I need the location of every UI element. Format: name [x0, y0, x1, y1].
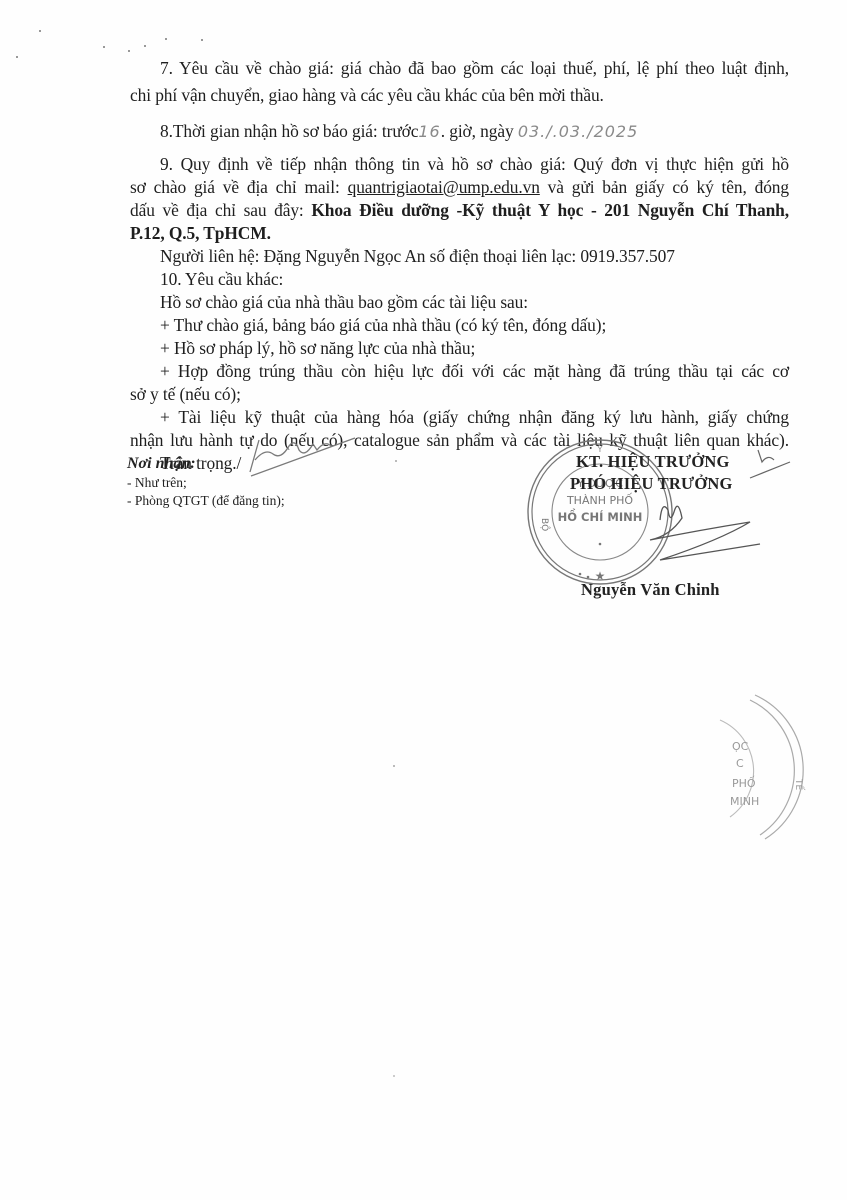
signature-icon: [640, 440, 800, 600]
partial-stamp-line: ỌC: [732, 740, 749, 753]
item7-line2: chi phí vận chuyển, giao hàng và các yêu…: [130, 84, 604, 106]
handwritten-date: 03./.03./2025: [518, 122, 638, 141]
item9-line2-suffix: và gửi bản giấy có ký tên, đóng: [540, 177, 789, 197]
partial-stamp-side-text: TẾ: [793, 778, 805, 790]
scanned-document-page: 7. Yêu cầu về chào giá: giá chào đã bao …: [0, 0, 847, 1200]
stamp-line: HỒ CHÍ MINH: [558, 507, 643, 524]
item10-bullet: + Hồ sơ pháp lý, hồ sơ năng lực của nhà …: [160, 337, 475, 359]
item8-prefix: 8.Thời gian nhận hồ sơ báo giá: trước: [160, 121, 418, 141]
email-link[interactable]: quantrigiaotai@ump.edu.vn: [348, 177, 540, 197]
address-part1: Khoa Điều dưỡng -Kỹ thuật Y học - 201 Ng…: [311, 200, 789, 220]
item8-middle: . giờ, ngày: [441, 121, 514, 141]
item9-line3-prefix: dấu về địa chỉ sau đây:: [130, 200, 311, 220]
partial-stamp-line: MINH: [730, 795, 759, 808]
item9-line3: dấu về địa chỉ sau đây: Khoa Điều dưỡng …: [130, 199, 789, 221]
scan-speck: [39, 30, 41, 32]
scan-speck: [165, 38, 167, 40]
handwritten-hour: 16: [418, 122, 440, 141]
scan-speck: [395, 460, 397, 462]
scan-speck: [144, 45, 146, 47]
contact-line: Người liên hệ: Đặng Nguyễn Ngọc An số đi…: [160, 245, 675, 267]
scan-speck: [103, 46, 105, 48]
scan-speck: [16, 56, 18, 58]
item10-bullet: + Thư chào giá, bảng báo giá của nhà thầ…: [160, 314, 606, 336]
item10-bullet: + Hợp đồng trúng thầu còn hiệu lực đối v…: [160, 360, 789, 382]
partial-stamp-line: PHỐ: [732, 776, 756, 790]
recipients-heading: Nơi nhận:: [127, 455, 196, 473]
partial-stamp-line: C: [736, 757, 744, 770]
item10-bullet-cont: sở y tế (nếu có);: [130, 383, 241, 405]
recipient-item: - Như trên;: [127, 474, 187, 491]
stamp-side-text: BỘ: [539, 518, 551, 531]
signatory-name: Nguyễn Văn Chinh: [581, 580, 720, 600]
recipient-item: - Phòng QTGT (để đăng tin);: [127, 492, 285, 509]
item8-line: 8.Thời gian nhận hồ sơ báo giá: trước16.…: [160, 120, 638, 143]
item9-line2: sơ chào giá về địa chỉ mail: quantrigiao…: [130, 176, 789, 198]
item9-line1: 9. Quy định về tiếp nhận thông tin và hồ…: [160, 153, 789, 175]
partial-stamp-icon: ỌC C PHỐ MINH TẾ: [700, 695, 847, 840]
scan-speck: [393, 765, 395, 767]
stamp-line: THÀNH PHỐ: [566, 493, 633, 507]
item10-bullet: + Tài liệu kỹ thuật của hàng hóa (giấy c…: [160, 406, 789, 428]
item9-line2-prefix: sơ chào giá về địa chỉ mail:: [130, 177, 348, 197]
item7-line1: 7. Yêu cầu về chào giá: giá chào đã bao …: [160, 57, 789, 79]
address-part2: P.12, Q.5, TpHCM.: [130, 222, 271, 244]
scan-speck: [201, 39, 203, 41]
item10-heading: 10. Yêu cầu khác:: [160, 268, 283, 290]
initials-signature-icon: [245, 430, 365, 480]
scan-speck: [128, 50, 130, 52]
item10-intro: Hồ sơ chào giá của nhà thầu bao gồm các …: [160, 291, 528, 313]
scan-speck: [393, 1075, 395, 1077]
